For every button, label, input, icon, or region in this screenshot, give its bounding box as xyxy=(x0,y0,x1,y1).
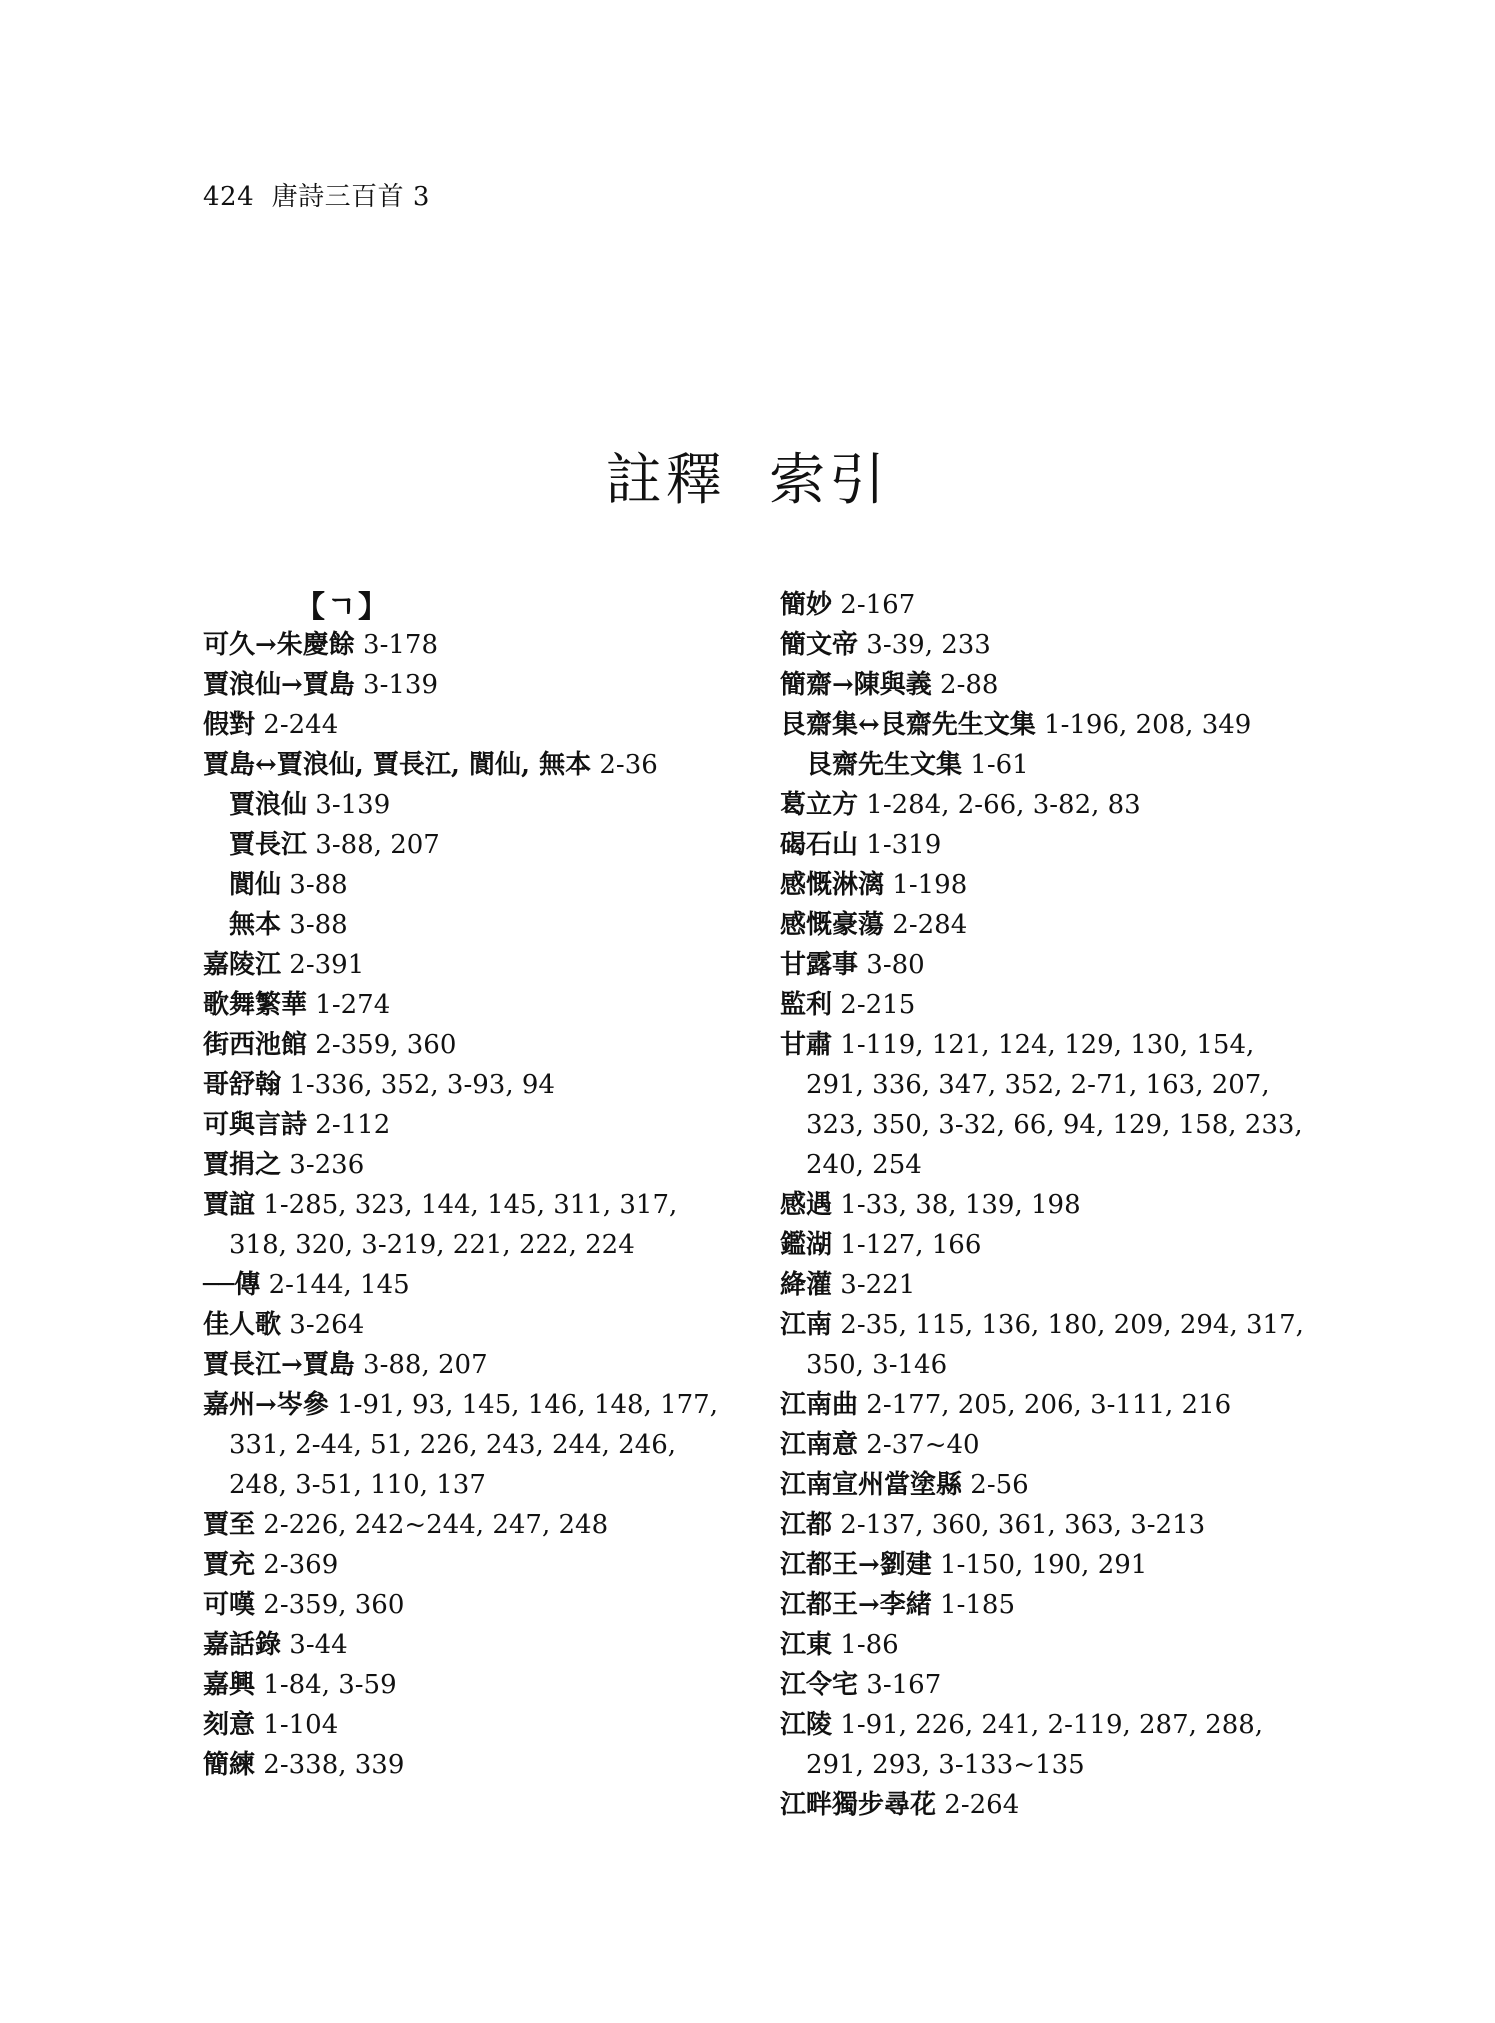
index-term: ──傳 xyxy=(203,1270,260,1300)
index-entry: ──傳 2-144, 145 xyxy=(203,1265,723,1305)
index-term: 江南宣州當塗縣 xyxy=(780,1470,962,1500)
index-entry: 江南曲 2-177, 205, 206, 3-111, 216 xyxy=(780,1385,1310,1425)
index-term: 可久→朱慶餘 xyxy=(203,630,355,660)
index-entry: 鑑湖 1-127, 166 xyxy=(780,1225,1310,1265)
page-refs: 1-104 xyxy=(255,1710,338,1740)
index-entry: 甘露事 3-80 xyxy=(780,945,1310,985)
index-term: 可與言詩 xyxy=(203,1110,307,1140)
index-term: 賈浪仙 xyxy=(229,790,307,820)
index-entry: 簡齋→陳與義 2-88 xyxy=(780,665,1310,705)
page-refs: 3-39, 233 xyxy=(858,630,991,660)
page-refs: 1-127, 166 xyxy=(832,1230,981,1260)
page-refs: 1-119, 121, 124, 129, 130, 154, xyxy=(832,1030,1254,1060)
index-term: 嘉州→岑參 xyxy=(203,1390,329,1420)
index-term: 街西池館 xyxy=(203,1030,307,1060)
index-entry: 簡練 2-338, 339 xyxy=(203,1745,723,1785)
index-term: 江都 xyxy=(780,1510,832,1540)
index-term: 佳人歌 xyxy=(203,1310,281,1340)
page-refs: 3-88, 207 xyxy=(355,1350,488,1380)
page-refs: 1-336, 352, 3-93, 94 xyxy=(281,1070,555,1100)
page-refs: 3-88 xyxy=(281,870,348,900)
page-refs: 2-264 xyxy=(936,1790,1019,1820)
page-refs: 3-88, 207 xyxy=(307,830,440,860)
index-entry: 簡妙 2-167 xyxy=(780,585,1310,625)
page-refs: 2-369 xyxy=(255,1550,338,1580)
page-refs: 2-144, 145 xyxy=(260,1270,409,1300)
index-term: 鑑湖 xyxy=(780,1230,832,1260)
page-refs: 1-284, 2-66, 3-82, 83 xyxy=(858,790,1141,820)
index-term: 江令宅 xyxy=(780,1670,858,1700)
page-refs: 2-56 xyxy=(962,1470,1029,1500)
page-refs: 1-150, 190, 291 xyxy=(932,1550,1148,1580)
page-refs: 3-221 xyxy=(832,1270,915,1300)
index-entry: 絳灌 3-221 xyxy=(780,1265,1310,1305)
page-refs: 3-236 xyxy=(281,1150,364,1180)
page-refs: 2-37~40 xyxy=(858,1430,980,1460)
index-entry: 假對 2-244 xyxy=(203,705,723,745)
index-term: 江都王→李緒 xyxy=(780,1590,932,1620)
index-entry: 閬仙 3-88 xyxy=(203,865,723,905)
page-refs: 3-178 xyxy=(355,630,438,660)
index-term: 歌舞繁華 xyxy=(203,990,307,1020)
page-refs: 2-88 xyxy=(932,670,999,700)
page-refs: 1-185 xyxy=(932,1590,1015,1620)
index-term: 簡妙 xyxy=(780,590,832,620)
page-refs: 1-33, 38, 139, 198 xyxy=(832,1190,1081,1220)
page-refs: 2-137, 360, 361, 363, 3-213 xyxy=(832,1510,1205,1540)
index-entry: 甘肅 1-119, 121, 124, 129, 130, 154,291, 3… xyxy=(780,1025,1310,1185)
page-refs: 1-196, 208, 349 xyxy=(1036,710,1252,740)
index-entry: 江陵 1-91, 226, 241, 2-119, 287, 288,291, … xyxy=(780,1705,1310,1785)
index-entry: 感慨淋漓 1-198 xyxy=(780,865,1310,905)
page-refs: 2-359, 360 xyxy=(307,1030,456,1060)
index-term: 感遇 xyxy=(780,1190,832,1220)
page-refs: 3-139 xyxy=(307,790,390,820)
page-refs-continued: 248, 3-51, 110, 137 xyxy=(203,1465,723,1505)
index-entry: 無本 3-88 xyxy=(203,905,723,945)
index-term: 閬仙 xyxy=(229,870,281,900)
index-column-right: 簡妙 2-167簡文帝 3-39, 233簡齋→陳與義 2-88艮齋集↔艮齋先生… xyxy=(780,585,1310,1825)
index-term: 賈長江 xyxy=(229,830,307,860)
index-entry: 艮齋集↔艮齋先生文集 1-196, 208, 349 xyxy=(780,705,1310,745)
page-refs: 2-215 xyxy=(832,990,915,1020)
index-entry: 艮齋先生文集 1-61 xyxy=(780,745,1310,785)
index-entry: 江都王→劉建 1-150, 190, 291 xyxy=(780,1545,1310,1585)
index-entry: 江南意 2-37~40 xyxy=(780,1425,1310,1465)
index-term: 賈捐之 xyxy=(203,1150,281,1180)
page-refs: 3-167 xyxy=(858,1670,941,1700)
index-term: 簡文帝 xyxy=(780,630,858,660)
index-term: 可嘆 xyxy=(203,1590,255,1620)
index-term: 賈長江→賈島 xyxy=(203,1350,355,1380)
page-refs: 3-44 xyxy=(281,1630,348,1660)
index-term: 碣石山 xyxy=(780,830,858,860)
page-refs-continued: 291, 293, 3-133~135 xyxy=(780,1745,1310,1785)
index-term: 江畔獨步尋花 xyxy=(780,1790,936,1820)
index-entry: 街西池館 2-359, 360 xyxy=(203,1025,723,1065)
index-entry: 江令宅 3-167 xyxy=(780,1665,1310,1705)
page-refs: 2-359, 360 xyxy=(255,1590,404,1620)
page-refs: 2-284 xyxy=(884,910,967,940)
page-refs-continued: 240, 254 xyxy=(780,1145,1310,1185)
index-entry: 監利 2-215 xyxy=(780,985,1310,1025)
index-entry: 賈誼 1-285, 323, 144, 145, 311, 317,318, 3… xyxy=(203,1185,723,1265)
section-heading: 【ㄱ】 xyxy=(295,582,390,626)
index-entry: 碣石山 1-319 xyxy=(780,825,1310,865)
index-term: 甘肅 xyxy=(780,1030,832,1060)
index-entry: 簡文帝 3-39, 233 xyxy=(780,625,1310,665)
page-refs: 2-112 xyxy=(307,1110,390,1140)
page-refs: 2-177, 205, 206, 3-111, 216 xyxy=(858,1390,1231,1420)
index-term: 江南 xyxy=(780,1310,832,1340)
index-entry: 江都王→李緒 1-185 xyxy=(780,1585,1310,1625)
page-refs: 3-88 xyxy=(281,910,348,940)
index-entry: 葛立方 1-284, 2-66, 3-82, 83 xyxy=(780,785,1310,825)
index-term: 賈至 xyxy=(203,1510,255,1540)
index-entry: 嘉話錄 3-44 xyxy=(203,1625,723,1665)
index-entry: 賈浪仙→賈島 3-139 xyxy=(203,665,723,705)
index-entry: 哥舒翰 1-336, 352, 3-93, 94 xyxy=(203,1065,723,1105)
index-entry: 歌舞繁華 1-274 xyxy=(203,985,723,1025)
page-refs: 2-338, 339 xyxy=(255,1750,404,1780)
index-entry: 賈至 2-226, 242~244, 247, 248 xyxy=(203,1505,723,1545)
index-entry: 賈長江 3-88, 207 xyxy=(203,825,723,865)
index-entry: 刻意 1-104 xyxy=(203,1705,723,1745)
index-entry: 感遇 1-33, 38, 139, 198 xyxy=(780,1185,1310,1225)
page-refs: 3-80 xyxy=(858,950,925,980)
index-entry: 嘉興 1-84, 3-59 xyxy=(203,1665,723,1705)
page-refs: 2-36 xyxy=(591,750,658,780)
index-term: 賈誼 xyxy=(203,1190,255,1220)
index-entry: 賈島↔賈浪仙, 賈長江, 閬仙, 無本 2-36 xyxy=(203,745,723,785)
page-refs-continued: 331, 2-44, 51, 226, 243, 244, 246, xyxy=(203,1425,723,1465)
index-term: 賈島↔賈浪仙, 賈長江, 閬仙, 無本 xyxy=(203,750,591,780)
index-term: 絳灌 xyxy=(780,1270,832,1300)
index-entry: 可嘆 2-359, 360 xyxy=(203,1585,723,1625)
index-term: 假對 xyxy=(203,710,255,740)
index-entry: 感慨豪蕩 2-284 xyxy=(780,905,1310,945)
index-entry: 賈浪仙 3-139 xyxy=(203,785,723,825)
page-refs: 3-139 xyxy=(355,670,438,700)
index-term: 江陵 xyxy=(780,1710,832,1740)
index-entry: 江畔獨步尋花 2-264 xyxy=(780,1785,1310,1825)
index-column-left: 可久→朱慶餘 3-178賈浪仙→賈島 3-139假對 2-244賈島↔賈浪仙, … xyxy=(203,625,723,1785)
index-entry: 嘉州→岑參 1-91, 93, 145, 146, 148, 177,331, … xyxy=(203,1385,723,1505)
index-entry: 可與言詩 2-112 xyxy=(203,1105,723,1145)
index-term: 簡練 xyxy=(203,1750,255,1780)
index-term: 賈浪仙→賈島 xyxy=(203,670,355,700)
index-entry: 江南 2-35, 115, 136, 180, 209, 294, 317,35… xyxy=(780,1305,1310,1385)
index-term: 哥舒翰 xyxy=(203,1070,281,1100)
index-term: 刻意 xyxy=(203,1710,255,1740)
index-term: 簡齋→陳與義 xyxy=(780,670,932,700)
page-refs-continued: 318, 320, 3-219, 221, 222, 224 xyxy=(203,1225,723,1265)
index-term: 甘露事 xyxy=(780,950,858,980)
page-refs: 1-285, 323, 144, 145, 311, 317, xyxy=(255,1190,677,1220)
index-term: 嘉話錄 xyxy=(203,1630,281,1660)
page-refs: 2-226, 242~244, 247, 248 xyxy=(255,1510,608,1540)
index-term: 感慨淋漓 xyxy=(780,870,884,900)
index-term: 無本 xyxy=(229,910,281,940)
page-refs: 1-61 xyxy=(962,750,1029,780)
page-refs: 2-35, 115, 136, 180, 209, 294, 317, xyxy=(832,1310,1304,1340)
page-refs: 3-264 xyxy=(281,1310,364,1340)
index-entry: 江東 1-86 xyxy=(780,1625,1310,1665)
page-refs: 1-91, 226, 241, 2-119, 287, 288, xyxy=(832,1710,1263,1740)
page-refs-continued: 350, 3-146 xyxy=(780,1345,1310,1385)
page-refs: 1-91, 93, 145, 146, 148, 177, xyxy=(329,1390,718,1420)
page-refs: 2-167 xyxy=(832,590,915,620)
index-term: 江東 xyxy=(780,1630,832,1660)
page-refs-continued: 291, 336, 347, 352, 2-71, 163, 207, xyxy=(780,1065,1310,1105)
index-entry: 江南宣州當塗縣 2-56 xyxy=(780,1465,1310,1505)
index-entry: 賈充 2-369 xyxy=(203,1545,723,1585)
index-term: 感慨豪蕩 xyxy=(780,910,884,940)
index-term: 嘉興 xyxy=(203,1670,255,1700)
index-term: 艮齋先生文集 xyxy=(806,750,962,780)
page-refs: 1-86 xyxy=(832,1630,899,1660)
index-term: 江南曲 xyxy=(780,1390,858,1420)
index-term: 江都王→劉建 xyxy=(780,1550,932,1580)
index-term: 嘉陵江 xyxy=(203,950,281,980)
index-term: 艮齋集↔艮齋先生文集 xyxy=(780,710,1036,740)
index-entry: 賈長江→賈島 3-88, 207 xyxy=(203,1345,723,1385)
page-refs: 1-198 xyxy=(884,870,967,900)
running-head: 424 唐詩三百首 3 xyxy=(203,176,430,213)
index-entry: 賈捐之 3-236 xyxy=(203,1145,723,1185)
index-term: 葛立方 xyxy=(780,790,858,820)
index-entry: 江都 2-137, 360, 361, 363, 3-213 xyxy=(780,1505,1310,1545)
index-entry: 嘉陵江 2-391 xyxy=(203,945,723,985)
index-entry: 佳人歌 3-264 xyxy=(203,1305,723,1345)
index-term: 監利 xyxy=(780,990,832,1020)
page-refs: 1-84, 3-59 xyxy=(255,1670,397,1700)
page-refs: 1-319 xyxy=(858,830,941,860)
index-term: 江南意 xyxy=(780,1430,858,1460)
page-refs: 1-274 xyxy=(307,990,390,1020)
page-title: 註釋 索引 xyxy=(0,436,1495,516)
index-entry: 可久→朱慶餘 3-178 xyxy=(203,625,723,665)
index-term: 賈充 xyxy=(203,1550,255,1580)
page-refs-continued: 323, 350, 3-32, 66, 94, 129, 158, 233, xyxy=(780,1105,1310,1145)
page-refs: 2-244 xyxy=(255,710,338,740)
page-refs: 2-391 xyxy=(281,950,364,980)
